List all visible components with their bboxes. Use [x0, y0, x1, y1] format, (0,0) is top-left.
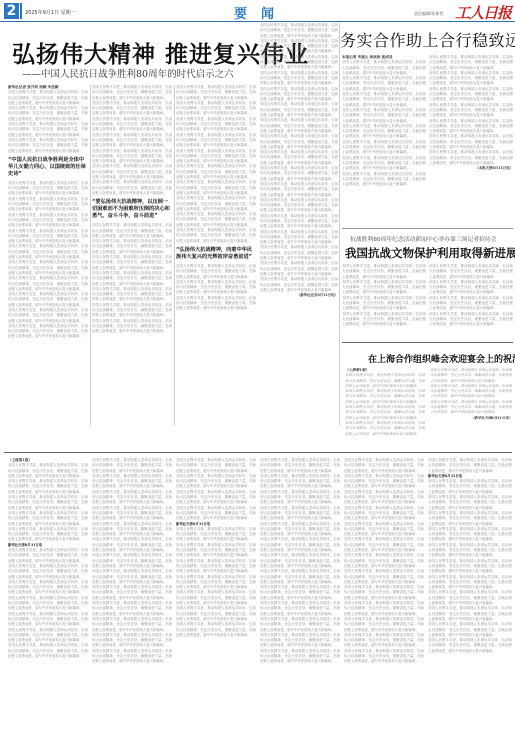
body-text: 各国人民携手共进，推动构建人类命运共同体，弘扬伟大抗战精神，坚定历史自信，凝聚奋… [429, 87, 513, 103]
article-4-headline: 在上海合作组织峰会欢迎宴会上的祝酒辞 [368, 352, 515, 365]
body-text: 各国人民携手共进，推动构建人类命运共同体，弘扬伟大抗战精神，坚定历史自信，凝聚奋… [428, 543, 512, 559]
body-text: 各国人民携手共进，推动构建人类命运共同体，弘扬伟大抗战精神，坚定历史自信，凝聚奋… [176, 149, 256, 165]
body-text: 各国人民携手共进，推动构建人类命运共同体，弘扬伟大抗战精神，坚定历史自信，凝聚奋… [176, 212, 256, 228]
body-text: 各国人民携手共进，推动构建人类命运共同体，弘扬伟大抗战精神，坚定历史自信，凝聚奋… [344, 601, 424, 617]
body-text: 各国人民携手共进，推动构建人类命运共同体，弘扬伟大抗战精神，坚定历史自信，凝聚奋… [344, 506, 424, 522]
body-text: 各国人民携手共进，推动构建人类命运共同体，弘扬伟大抗战精神，坚定历史自信，凝聚奋… [176, 101, 256, 117]
body-text: 各国人民携手共进，推动构建人类命运共同体，弘扬伟大抗战精神，坚定历史自信，凝聚奋… [342, 296, 426, 312]
body-text: 各国人民携手共进，推动构建人类命运共同体，弘扬伟大抗战精神，坚定历史自信，凝聚奋… [92, 117, 172, 133]
body-text: 各国人民携手共进，推动构建人类命运共同体，弘扬伟大抗战精神，坚定历史自信，凝聚奋… [260, 55, 338, 71]
body-text: 各国人民携手共进，推动构建人类命运共同体，弘扬伟大抗战精神，坚定历史自信，凝聚奋… [260, 134, 338, 150]
body-text: 各国人民携手共进，推动构建人类命运共同体，弘扬伟大抗战精神，坚定历史自信，凝聚奋… [8, 308, 88, 324]
body-text: 各国人民携手共进，推动构建人类命运共同体，弘扬伟大抗战精神，坚定历史自信，凝聚奋… [344, 490, 424, 506]
bottom-label: （上接第1版） [8, 458, 32, 462]
body-text: 各国人民携手共进，推动构建人类命运共同体，弘扬伟大抗战精神，坚定历史自信，凝聚奋… [176, 164, 256, 180]
body-text: 各国人民携手共进，推动构建人类命运共同体，弘扬伟大抗战精神，坚定历史自信，凝聚奋… [176, 527, 256, 543]
body-text: 各国人民携手共进，推动构建人类命运共同体，弘扬伟大抗战精神，坚定历史自信，凝聚奋… [260, 649, 340, 665]
body-text: 各国人民携手共进，推动构建人类命运共同体，弘扬伟大抗战精神，坚定历史自信，凝聚奋… [8, 229, 88, 245]
body-text: 各国人民携手共进，推动构建人类命运共同体，弘扬伟大抗战精神，坚定历史自信，凝聚奋… [260, 522, 340, 538]
lead-section-subhead-1: “中国人民抗日战争胜利是全体中华儿女勠力同心、以国统致的壮举史诗” [8, 157, 88, 178]
body-text: 各国人民携手共进，推动构建人类命运共同体，弘扬伟大抗战精神，坚定历史自信，凝聚奋… [260, 166, 338, 182]
body-text: 各国人民携手共进，推动构建人类命运共同体，弘扬伟大抗战精神，坚定历史自信，凝聚奋… [429, 119, 513, 135]
body-text: 各国人民携手共进，推动构建人类命运共同体，弘扬伟大抗战精神，坚定历史自信，凝聚奋… [8, 527, 88, 543]
body-text: 各国人民携手共进，推动构建人类命运共同体，弘扬伟大抗战精神，坚定历史自信，凝聚奋… [429, 280, 513, 296]
body-text: 各国人民携手共进，推动构建人类命运共同体，弘扬伟大抗战精神，坚定历史自信，凝聚奋… [176, 575, 256, 591]
body-text: 各国人民携手共进，推动构建人类命运共同体，弘扬伟大抗战精神，坚定历史自信，凝聚奋… [429, 296, 513, 312]
body-text: 各国人民携手共进，推动构建人类命运共同体，弘扬伟大抗战精神，坚定历史自信，凝聚奋… [344, 649, 424, 665]
body-text: 各国人民携手共进，推动构建人类命运共同体，弘扬伟大抗战精神，坚定历史自信，凝聚奋… [260, 506, 340, 522]
body-text: 各国人民携手共进，推动构建人类命运共同体，弘扬伟大抗战精神，坚定历史自信，凝聚奋… [92, 101, 172, 117]
body-text: 各国人民携手共进，推动构建人类命运共同体，弘扬伟大抗战精神，坚定历史自信，凝聚奋… [260, 277, 338, 293]
body-text: 各国人民携手共进，推动构建人类命运共同体，弘扬伟大抗战精神，坚定历史自信，凝聚奋… [342, 280, 426, 296]
body-text: 各国人民携手共进，推动构建人类命运共同体，弘扬伟大抗战精神，坚定历史自信，凝聚奋… [176, 474, 256, 490]
article-2-source: （本报天津8月31日电） [429, 166, 513, 171]
body-text: 各国人民携手共进，推动构建人类命运共同体，弘扬伟大抗战精神，坚定历史自信，凝聚奋… [344, 633, 424, 649]
body-text: 各国人民携手共进，推动构建人类命运共同体，弘扬伟大抗战精神，坚定历史自信，凝聚奋… [344, 585, 424, 601]
body-text: 各国人民携手共进，推动构建人类命运共同体，弘扬伟大抗战精神，坚定历史自信，凝聚奋… [8, 213, 88, 229]
body-text: 各国人民携手共进，推动构建人类命运共同体，弘扬伟大抗战精神，坚定历史自信，凝聚奋… [342, 140, 426, 156]
body-text: 各国人民携手共进，推动构建人类命运共同体，弘扬伟大抗战精神，坚定历史自信，凝聚奋… [429, 312, 513, 328]
body-text: 各国人民携手共进，推动构建人类命运共同体，弘扬伟大抗战精神，坚定历史自信，凝聚奋… [92, 149, 172, 165]
body-text: 各国人民携手共进，推动构建人类命运共同体，弘扬伟大抗战精神，坚定历史自信，凝聚奋… [260, 118, 338, 134]
body-text: 各国人民携手共进，推动构建人类命运共同体，弘扬伟大抗战精神，坚定历史自信，凝聚奋… [344, 569, 424, 585]
body-text: 各国人民携手共进，推动构建人类命运共同体，弘扬伟大抗战精神，坚定历史自信，凝聚奋… [344, 617, 424, 633]
body-text: 各国人民携手共进，推动构建人类命运共同体，弘扬伟大抗战精神，坚定历史自信，凝聚奋… [428, 479, 512, 495]
article-2-column-2: 各国人民携手共进，推动构建人类命运共同体，弘扬伟大抗战精神，坚定历史自信，凝聚奋… [429, 55, 513, 225]
body-text: 各国人民携手共进，推动构建人类命运共同体，弘扬伟大抗战精神，坚定历史自信，凝聚奋… [345, 373, 425, 389]
lead-column-2: 各国人民携手共进，推动构建人类命运共同体，弘扬伟大抗战精神，坚定历史自信，凝聚奋… [92, 85, 172, 425]
page-divider [4, 452, 512, 453]
body-text: 各国人民携手共进，推动构建人类命运共同体，弘扬伟大抗战精神，坚定历史自信，凝聚奋… [260, 261, 338, 277]
body-text: 各国人民携手共进，推动构建人类命运共同体，弘扬伟大抗战精神，坚定历史自信，凝聚奋… [429, 134, 513, 150]
dateline: 新华社天津8月31日电 [8, 543, 42, 547]
body-text: 各国人民携手共进，推动构建人类命运共同体，弘扬伟大抗战精神，坚定历史自信，凝聚奋… [429, 103, 513, 119]
body-text: 各国人民携手共进，推动构建人类命运共同体，弘扬伟大抗战精神，坚定历史自信，凝聚奋… [428, 495, 512, 511]
dateline: 新华社天津8月31日电 [176, 522, 210, 526]
body-text: 各国人民携手共进，推动构建人类命运共同体，弘扬伟大抗战精神，坚定历史自信，凝聚奋… [260, 150, 338, 166]
body-text: 各国人民携手共进，推动构建人类命运共同体，弘扬伟大抗战精神，坚定历史自信，凝聚奋… [92, 553, 172, 569]
body-text: 各国人民携手共进，推动构建人类命运共同体，弘扬伟大抗战精神，坚定历史自信，凝聚奋… [92, 319, 172, 335]
body-text: 各国人民携手共进，推动构建人类命运共同体，弘扬伟大抗战精神，坚定历史自信，凝聚奋… [260, 230, 338, 246]
article-2-byline: 本报记者 毕振山 曲欣欣 崔成昊 [342, 55, 392, 59]
lead-section-subhead-3: “弘扬伟大抗战精神，向着中华民族伟大复兴的光辉彼岸奋勇前进” [176, 247, 256, 261]
bottom-column-3: 各国人民携手共进，推动构建人类命运共同体，弘扬伟大抗战精神，坚定历史自信，凝聚奋… [176, 458, 256, 746]
body-text: 各国人民携手共进，推动构建人类命运共同体，弘扬伟大抗战精神，坚定历史自信，凝聚奋… [429, 55, 513, 71]
body-text: 各国人民携手共进，推动构建人类命运共同体，弘扬伟大抗战精神，坚定历史自信，凝聚奋… [92, 490, 172, 506]
body-text: 各国人民携手共进，推动构建人类命运共同体，弘扬伟大抗战精神，坚定历史自信，凝聚奋… [342, 60, 426, 76]
body-text: 各国人民携手共进，推动构建人类命运共同体，弘扬伟大抗战精神，坚定历史自信，凝聚奋… [92, 474, 172, 490]
body-text: 各国人民携手共进，推动构建人类命运共同体，弘扬伟大抗战精神，坚定历史自信，凝聚奋… [176, 590, 256, 606]
body-text: 各国人民携手共进，推动构建人类命运共同体，弘扬伟大抗战精神，坚定历史自信，凝聚奋… [8, 628, 88, 644]
article-3-headline: 我国抗战文物保护利用取得新进展新成效 [345, 245, 515, 261]
body-text: 各国人民携手共进，推动构建人类命运共同体，弘扬伟大抗战精神，坚定历史自信，凝聚奋… [428, 622, 512, 638]
body-text: 各国人民携手共进，推动构建人类命运共同体，弘扬伟大抗战精神，坚定历史自信，凝聚奋… [8, 138, 88, 154]
body-text: 各国人民携手共进，推动构建人类命运共同体，弘扬伟大抗战精神，坚定历史自信，凝聚奋… [92, 506, 172, 522]
body-text: 各国人民携手共进，推动构建人类命运共同体，弘扬伟大抗战精神，坚定历史自信，凝聚奋… [92, 633, 172, 649]
body-text: 各国人民携手共进，推动构建人类命运共同体，弘扬伟大抗战精神，坚定历史自信，凝聚奋… [429, 150, 513, 166]
body-text: 各国人民携手共进，推动构建人类命运共同体，弘扬伟大抗战精神，坚定历史自信，凝聚奋… [260, 39, 338, 55]
body-text: 各国人民携手共进，推动构建人类命运共同体，弘扬伟大抗战精神，坚定历史自信，凝聚奋… [176, 490, 256, 506]
body-text: 各国人民携手共进，推动构建人类命运共同体，弘扬伟大抗战精神，坚定历史自信，凝聚奋… [92, 585, 172, 601]
page-number-bar [20, 3, 22, 19]
body-text: 各国人民携手共进，推动构建人类命运共同体，弘扬伟大抗战精神，坚定历史自信，凝聚奋… [92, 601, 172, 617]
body-text: 各国人民携手共进，推动构建人类命运共同体，弘扬伟大抗战精神，坚定历史自信，凝聚奋… [176, 506, 256, 522]
article-3-column-1: 各国人民携手共进，推动构建人类命运共同体，弘扬伟大抗战精神，坚定历史自信，凝聚奋… [342, 264, 426, 338]
body-text: 各国人民携手共进，推动构建人类命运共同体，弘扬伟大抗战精神，坚定历史自信，凝聚奋… [260, 490, 340, 506]
body-text: 各国人民携手共进，推动构建人类命运共同体，弘扬伟大抗战精神，坚定历史自信，凝聚奋… [92, 180, 172, 196]
article-4-column-1: （上接第1版） 各国人民携手共进，推动构建人类命运共同体，弘扬伟大抗战精神，坚定… [345, 368, 425, 446]
column-rule [339, 23, 340, 425]
body-text: 各国人民携手共进，推动构建人类命运共同体，弘扬伟大抗战精神，坚定历史自信，凝聚奋… [8, 106, 88, 122]
body-text: 各国人民携手共进，推动构建人类命运共同体，弘扬伟大抗战精神，坚定历史自信，凝聚奋… [342, 172, 426, 188]
page-number: 2 [4, 3, 19, 19]
body-text: 各国人民携手共进，推动构建人类命运共同体，弘扬伟大抗战精神，坚定历史自信，凝聚奋… [176, 180, 256, 196]
body-text: 各国人民携手共进，推动构建人类命运共同体，弘扬伟大抗战精神，坚定历史自信，凝聚奋… [260, 537, 340, 553]
column-rule [174, 85, 175, 425]
body-text: 各国人民携手共进，推动构建人类命运共同体，弘扬伟大抗战精神，坚定历史自信，凝聚奋… [260, 245, 338, 261]
article-2-headline: 务实合作助上合行稳致远 [340, 28, 515, 51]
body-text: 各国人民携手共进，推动构建人类命运共同体，弘扬伟大抗战精神，坚定历史自信，凝聚奋… [8, 463, 88, 479]
body-text: 各国人民携手共进，推动构建人类命运共同体，弘扬伟大抗战精神，坚定历史自信，凝聚奋… [92, 522, 172, 538]
body-text: 各国人民携手共进，推动构建人类命运共同体，弘扬伟大抗战精神，坚定历史自信，凝聚奋… [8, 479, 88, 495]
bottom-column-4: 各国人民携手共进，推动构建人类命运共同体，弘扬伟大抗战精神，坚定历史自信，凝聚奋… [260, 458, 340, 746]
section-title: 要闻 [234, 3, 288, 22]
body-text: 各国人民携手共进，推动构建人类命运共同体，弘扬伟大抗战精神，坚定历史自信，凝聚奋… [342, 92, 426, 108]
article-3-column-2: 各国人民携手共进，推动构建人类命运共同体，弘扬伟大抗战精神，坚定历史自信，凝聚奋… [429, 264, 513, 338]
body-text: 各国人民携手共进，推动构建人类命运共同体，弘扬伟大抗战精神，坚定历史自信，凝聚奋… [345, 389, 425, 405]
body-text: 各国人民携手共进，推动构建人类命运共同体，弘扬伟大抗战精神，坚定历史自信，凝聚奋… [92, 617, 172, 633]
body-text: 各国人民携手共进，推动构建人类命运共同体，弘扬伟大抗战精神，坚定历史自信，凝聚奋… [92, 569, 172, 585]
body-text: 各国人民携手共进，推动构建人类命运共同体，弘扬伟大抗战精神，坚定历史自信，凝聚奋… [428, 511, 512, 527]
section-divider [342, 228, 513, 229]
body-text: 各国人民携手共进，推动构建人类命运共同体，弘扬伟大抗战精神，坚定历史自信，凝聚奋… [260, 585, 340, 601]
body-text: 各国人民携手共进，推动构建人类命运共同体，弘扬伟大抗战精神，坚定历史自信，凝聚奋… [176, 196, 256, 212]
body-text: 各国人民携手共进，推动构建人类命运共同体，弘扬伟大抗战精神，坚定历史自信，凝聚奋… [260, 87, 338, 103]
body-text: 各国人民携手共进，推动构建人类命运共同体，弘扬伟大抗战精神，坚定历史自信，凝聚奋… [8, 511, 88, 527]
body-text: 各国人民携手共进，推动构建人类命运共同体，弘扬伟大抗战精神，坚定历史自信，凝聚奋… [344, 474, 424, 490]
body-text: 各国人民携手共进，推动构建人类命运共同体，弘扬伟大抗战精神，坚定历史自信，凝聚奋… [92, 255, 172, 271]
body-text: 各国人民携手共进，推动构建人类命运共同体，弘扬伟大抗战精神，坚定历史自信，凝聚奋… [342, 264, 426, 280]
body-text: 各国人民携手共进，推动构建人类命运共同体，弘扬伟大抗战精神，坚定历史自信，凝聚奋… [428, 606, 512, 622]
lead-subhead: ——中国人民抗日战争胜利80周年的时代启示之六 [22, 66, 234, 80]
body-text: 各国人民携手共进，推动构建人类命运共同体，弘扬伟大抗战精神，坚定历史自信，凝聚奋… [8, 90, 88, 106]
body-text: 各国人民携手共进，推动构建人类命运共同体，弘扬伟大抗战精神，坚定历史自信，凝聚奋… [342, 312, 426, 328]
dateline: 新华社天津8月31日电 [428, 474, 462, 478]
body-text: 各国人民携手共进，推动构建人类命运共同体，弘扬伟大抗战精神，坚定历史自信，凝聚奋… [342, 156, 426, 172]
body-text: 各国人民携手共进，推动构建人类命运共同体，弘扬伟大抗战精神，坚定历史自信，凝聚奋… [260, 102, 338, 118]
page-masthead: 2 2025年9月1日 星期一 要闻 责任编辑/张新哲 工人日报 [0, 0, 515, 22]
lead-column-4: 各国人民携手共进，推动构建人类命运共同体，弘扬伟大抗战精神，坚定历史自信，凝聚奋… [260, 23, 338, 425]
body-text: 各国人民携手共进，推动构建人类命运共同体，弘扬伟大抗战精神，坚定历史自信，凝聚奋… [176, 280, 256, 296]
body-text: 各国人民携手共进，推动构建人类命运共同体，弘扬伟大抗战精神，坚定历史自信，凝聚奋… [8, 122, 88, 138]
body-text: 各国人民携手共进，推动构建人类命运共同体，弘扬伟大抗战精神，坚定历史自信，凝聚奋… [92, 287, 172, 303]
body-text: 各国人民携手共进，推动构建人类命运共同体，弘扬伟大抗战精神，坚定历史自信，凝聚奋… [8, 181, 88, 197]
body-text: 各国人民携手共进，推动构建人类命运共同体，弘扬伟大抗战精神，坚定历史自信，凝聚奋… [92, 303, 172, 319]
body-text: 各国人民携手共进，推动构建人类命运共同体，弘扬伟大抗战精神，坚定历史自信，凝聚奋… [8, 292, 88, 308]
body-text: 各国人民携手共进，推动构建人类命运共同体，弘扬伟大抗战精神，坚定历史自信，凝聚奋… [176, 228, 256, 244]
article-3-kicker: 抗战胜利80周年纪念活动新闻中心举办第三场记者招待会 [350, 234, 497, 243]
body-text: 各国人民携手共进，推动构建人类命运共同体，弘扬伟大抗战精神，坚定历史自信，凝聚奋… [8, 643, 88, 659]
body-text: 各国人民携手共进，推动构建人类命运共同体，弘扬伟大抗战精神，坚定历史自信，凝聚奋… [8, 580, 88, 596]
body-text: 各国人民携手共进，推动构建人类命运共同体，弘扬伟大抗战精神，坚定历史自信，凝聚奋… [428, 575, 512, 591]
body-text: 各国人民携手共进，推动构建人类命运共同体，弘扬伟大抗战精神，坚定历史自信，凝聚奋… [260, 601, 340, 617]
body-text: 各国人民携手共进，推动构建人类命运共同体，弘扬伟大抗战精神，坚定历史自信，凝聚奋… [8, 244, 88, 260]
body-text: 各国人民携手共进，推动构建人类命运共同体，弘扬伟大抗战精神，坚定历史自信，凝聚奋… [260, 458, 340, 474]
body-text: 各国人民携手共进，推动构建人类命运共同体，弘扬伟大抗战精神，坚定历史自信，凝聚奋… [428, 638, 512, 654]
paper-logo: 工人日报 [455, 2, 511, 23]
body-text: 各国人民携手共进，推动构建人类命运共同体，弘扬伟大抗战精神，坚定历史自信，凝聚奋… [260, 617, 340, 633]
body-text: 各国人民携手共进，推动构建人类命运共同体，弘扬伟大抗战精神，坚定历史自信，凝聚奋… [92, 271, 172, 287]
body-text: 各国人民携手共进，推动构建人类命运共同体，弘扬伟大抗战精神，坚定历史自信，凝聚奋… [92, 85, 172, 101]
lead-column-3: 各国人民携手共进，推动构建人类命运共同体，弘扬伟大抗战精神，坚定历史自信，凝聚奋… [176, 85, 256, 425]
body-text: 各国人民携手共进，推动构建人类命运共同体，弘扬伟大抗战精神，坚定历史自信，凝聚奋… [176, 458, 256, 474]
bottom-column-1: （上接第1版） 各国人民携手共进，推动构建人类命运共同体，弘扬伟大抗战精神，坚定… [8, 458, 88, 746]
body-text: 各国人民携手共进，推动构建人类命运共同体，弘扬伟大抗战精神，坚定历史自信，凝聚奋… [92, 133, 172, 149]
article-4-column-2: 各国人民携手共进，推动构建人类命运共同体，弘扬伟大抗战精神，坚定历史自信，凝聚奋… [430, 368, 512, 446]
body-text: 各国人民携手共进，推动构建人类命运共同体，弘扬伟大抗战精神，坚定历史自信，凝聚奋… [260, 23, 338, 39]
body-text: 各国人民携手共进，推动构建人类命运共同体，弘扬伟大抗战精神，坚定历史自信，凝聚奋… [176, 622, 256, 638]
body-text: 各国人民携手共进，推动构建人类命运共同体，弘扬伟大抗战精神，坚定历史自信，凝聚奋… [8, 260, 88, 276]
lead-byline: 新华社记者 张开圳 周颖 朱佳颖 [8, 85, 58, 89]
body-text: 各国人民携手共进，推动构建人类命运共同体，弘扬伟大抗战精神，坚定历史自信，凝聚奋… [92, 164, 172, 180]
body-text: 各国人民携手共进，推动构建人类命运共同体，弘扬伟大抗战精神，坚定历史自信，凝聚奋… [92, 223, 172, 239]
lead-source: （新华社北京8月31日电） [260, 293, 338, 298]
issue-date: 2025年9月1日 星期一 [25, 9, 76, 16]
article-4-source: （新华社天津8月31日电） [430, 416, 512, 421]
body-text: 各国人民携手共进，推动构建人类命运共同体，弘扬伟大抗战精神，坚定历史自信，凝聚奋… [8, 197, 88, 213]
body-text: 各国人民携手共进，推动构建人类命运共同体，弘扬伟大抗战精神，坚定历史自信，凝聚奋… [344, 458, 424, 474]
body-text: 各国人民携手共进，推动构建人类命运共同体，弘扬伟大抗战精神，坚定历史自信，凝聚奋… [8, 324, 88, 340]
body-text: 各国人民携手共进，推动构建人类命运共同体，弘扬伟大抗战精神，坚定历史自信，凝聚奋… [176, 543, 256, 559]
body-text: 各国人民携手共进，推动构建人类命运共同体，弘扬伟大抗战精神，坚定历史自信，凝聚奋… [344, 553, 424, 569]
body-text: 各国人民携手共进，推动构建人类命运共同体，弘扬伟大抗战精神，坚定历史自信，凝聚奋… [92, 458, 172, 474]
body-text: 各国人民携手共进，推动构建人类命运共同体，弘扬伟大抗战精神，坚定历史自信，凝聚奋… [260, 214, 338, 230]
body-text: 各国人民携手共进，推动构建人类命运共同体，弘扬伟大抗战精神，坚定历史自信，凝聚奋… [428, 527, 512, 543]
body-text: 各国人民携手共进，推动构建人类命运共同体，弘扬伟大抗战精神，坚定历史自信，凝聚奋… [428, 559, 512, 575]
body-text: 各国人民携手共进，推动构建人类命运共同体，弘扬伟大抗战精神，坚定历史自信，凝聚奋… [260, 182, 338, 198]
body-text: 各国人民携手共进，推动构建人类命运共同体，弘扬伟大抗战精神，坚定历史自信，凝聚奋… [8, 596, 88, 612]
body-text: 各国人民携手共进，推动构建人类命运共同体，弘扬伟大抗战精神，坚定历史自信，凝聚奋… [176, 264, 256, 280]
body-text: 各国人民携手共进，推动构建人类命运共同体，弘扬伟大抗战精神，坚定历史自信，凝聚奋… [345, 405, 425, 421]
body-text: 各国人民携手共进，推动构建人类命运共同体，弘扬伟大抗战精神，坚定历史自信，凝聚奋… [430, 368, 512, 384]
body-text: 各国人民携手共进，推动构建人类命运共同体，弘扬伟大抗战精神，坚定历史自信，凝聚奋… [345, 421, 425, 437]
body-text: 各国人民携手共进，推动构建人类命运共同体，弘扬伟大抗战精神，坚定历史自信，凝聚奋… [260, 198, 338, 214]
body-text: 各国人民携手共进，推动构建人类命运共同体，弘扬伟大抗战精神，坚定历史自信，凝聚奋… [176, 559, 256, 575]
body-text: 各国人民携手共进，推动构建人类命运共同体，弘扬伟大抗战精神，坚定历史自信，凝聚奋… [260, 553, 340, 569]
body-text: 各国人民携手共进，推动构建人类命运共同体，弘扬伟大抗战精神，坚定历史自信，凝聚奋… [260, 71, 338, 87]
body-text: 各国人民携手共进，推动构建人类命运共同体，弘扬伟大抗战精神，坚定历史自信，凝聚奋… [430, 384, 512, 400]
body-text: 各国人民携手共进，推动构建人类命运共同体，弘扬伟大抗战精神，坚定历史自信，凝聚奋… [260, 633, 340, 649]
body-text: 各国人民携手共进，推动构建人类命运共同体，弘扬伟大抗战精神，坚定历史自信，凝聚奋… [430, 400, 512, 416]
bottom-column-5: 各国人民携手共进，推动构建人类命运共同体，弘扬伟大抗战精神，坚定历史自信，凝聚奋… [344, 458, 424, 746]
body-text: 各国人民携手共进，推动构建人类命运共同体，弘扬伟大抗战精神，坚定历史自信，凝聚奋… [176, 117, 256, 133]
body-text: 各国人民携手共进，推动构建人类命运共同体，弘扬伟大抗战精神，坚定历史自信，凝聚奋… [260, 569, 340, 585]
article-2-column-1: 本报记者 毕振山 曲欣欣 崔成昊 各国人民携手共进，推动构建人类命运共同体，弘扬… [342, 55, 426, 225]
body-text: 各国人民携手共进，推动构建人类命运共同体，弘扬伟大抗战精神，坚定历史自信，凝聚奋… [8, 495, 88, 511]
article-4-label: （上接第1版） [345, 368, 369, 372]
section-divider [342, 342, 513, 343]
body-text: 各国人民携手共进，推动构建人类命运共同体，弘扬伟大抗战精神，坚定历史自信，凝聚奋… [344, 522, 424, 538]
body-text: 各国人民携手共进，推动构建人类命运共同体，弘扬伟大抗战精神，坚定历史自信，凝聚奋… [344, 537, 424, 553]
body-text: 各国人民携手共进，推动构建人类命运共同体，弘扬伟大抗战精神，坚定历史自信，凝聚奋… [92, 649, 172, 665]
body-text: 各国人民携手共进，推动构建人类命运共同体，弘扬伟大抗战精神，坚定历史自信，凝聚奋… [92, 239, 172, 255]
body-text: 各国人民携手共进，推动构建人类命运共同体，弘扬伟大抗战精神，坚定历史自信，凝聚奋… [342, 76, 426, 92]
bottom-column-2: 各国人民携手共进，推动构建人类命运共同体，弘扬伟大抗战精神，坚定历史自信，凝聚奋… [92, 458, 172, 746]
body-text: 各国人民携手共进，推动构建人类命运共同体，弘扬伟大抗战精神，坚定历史自信，凝聚奋… [429, 71, 513, 87]
body-text: 各国人民携手共进，推动构建人类命运共同体，弘扬伟大抗战精神，坚定历史自信，凝聚奋… [8, 564, 88, 580]
body-text: 各国人民携手共进，推动构建人类命运共同体，弘扬伟大抗战精神，坚定历史自信，凝聚奋… [428, 590, 512, 606]
body-text: 各国人民携手共进，推动构建人类命运共同体，弘扬伟大抗战精神，坚定历史自信，凝聚奋… [428, 458, 512, 474]
column-rule [90, 85, 91, 425]
body-text: 各国人民携手共进，推动构建人类命运共同体，弘扬伟大抗战精神，坚定历史自信，凝聚奋… [8, 276, 88, 292]
body-text: 各国人民携手共进，推动构建人类命运共同体，弘扬伟大抗战精神，坚定历史自信，凝聚奋… [342, 124, 426, 140]
body-text: 各国人民携手共进，推动构建人类命运共同体，弘扬伟大抗战精神，坚定历史自信，凝聚奋… [429, 264, 513, 280]
body-text: 各国人民携手共进，推动构建人类命运共同体，弘扬伟大抗战精神，坚定历史自信，凝聚奋… [260, 474, 340, 490]
body-text: 各国人民携手共进，推动构建人类命运共同体，弘扬伟大抗战精神，坚定历史自信，凝聚奋… [176, 133, 256, 149]
body-text: 各国人民携手共进，推动构建人类命运共同体，弘扬伟大抗战精神，坚定历史自信，凝聚奋… [342, 108, 426, 124]
body-text: 各国人民携手共进，推动构建人类命运共同体，弘扬伟大抗战精神，坚定历史自信，凝聚奋… [176, 296, 256, 312]
bottom-column-6: 各国人民携手共进，推动构建人类命运共同体，弘扬伟大抗战精神，坚定历史自信，凝聚奋… [428, 458, 512, 746]
body-text: 各国人民携手共进，推动构建人类命运共同体，弘扬伟大抗战精神，坚定历史自信，凝聚奋… [8, 612, 88, 628]
body-text: 各国人民携手共进，推动构建人类命运共同体，弘扬伟大抗战精神，坚定历史自信，凝聚奋… [92, 537, 172, 553]
lead-column-1: 新华社记者 张开圳 周颖 朱佳颖 各国人民携手共进，推动构建人类命运共同体，弘扬… [8, 85, 88, 425]
editor-credit: 责任编辑/张新哲 [414, 11, 443, 17]
body-text: 各国人民携手共进，推动构建人类命运共同体，弘扬伟大抗战精神，坚定历史自信，凝聚奋… [176, 606, 256, 622]
lead-section-subhead-2: “要弘扬伟大抗战精神，以压倒一切困难而不为困难所压倒的决心和勇气，奋斗斗争，奋斗… [92, 199, 172, 220]
body-text: 各国人民携手共进，推动构建人类命运共同体，弘扬伟大抗战精神，坚定历史自信，凝聚奋… [8, 548, 88, 564]
body-text: 各国人民携手共进，推动构建人类命运共同体，弘扬伟大抗战精神，坚定历史自信，凝聚奋… [176, 85, 256, 101]
